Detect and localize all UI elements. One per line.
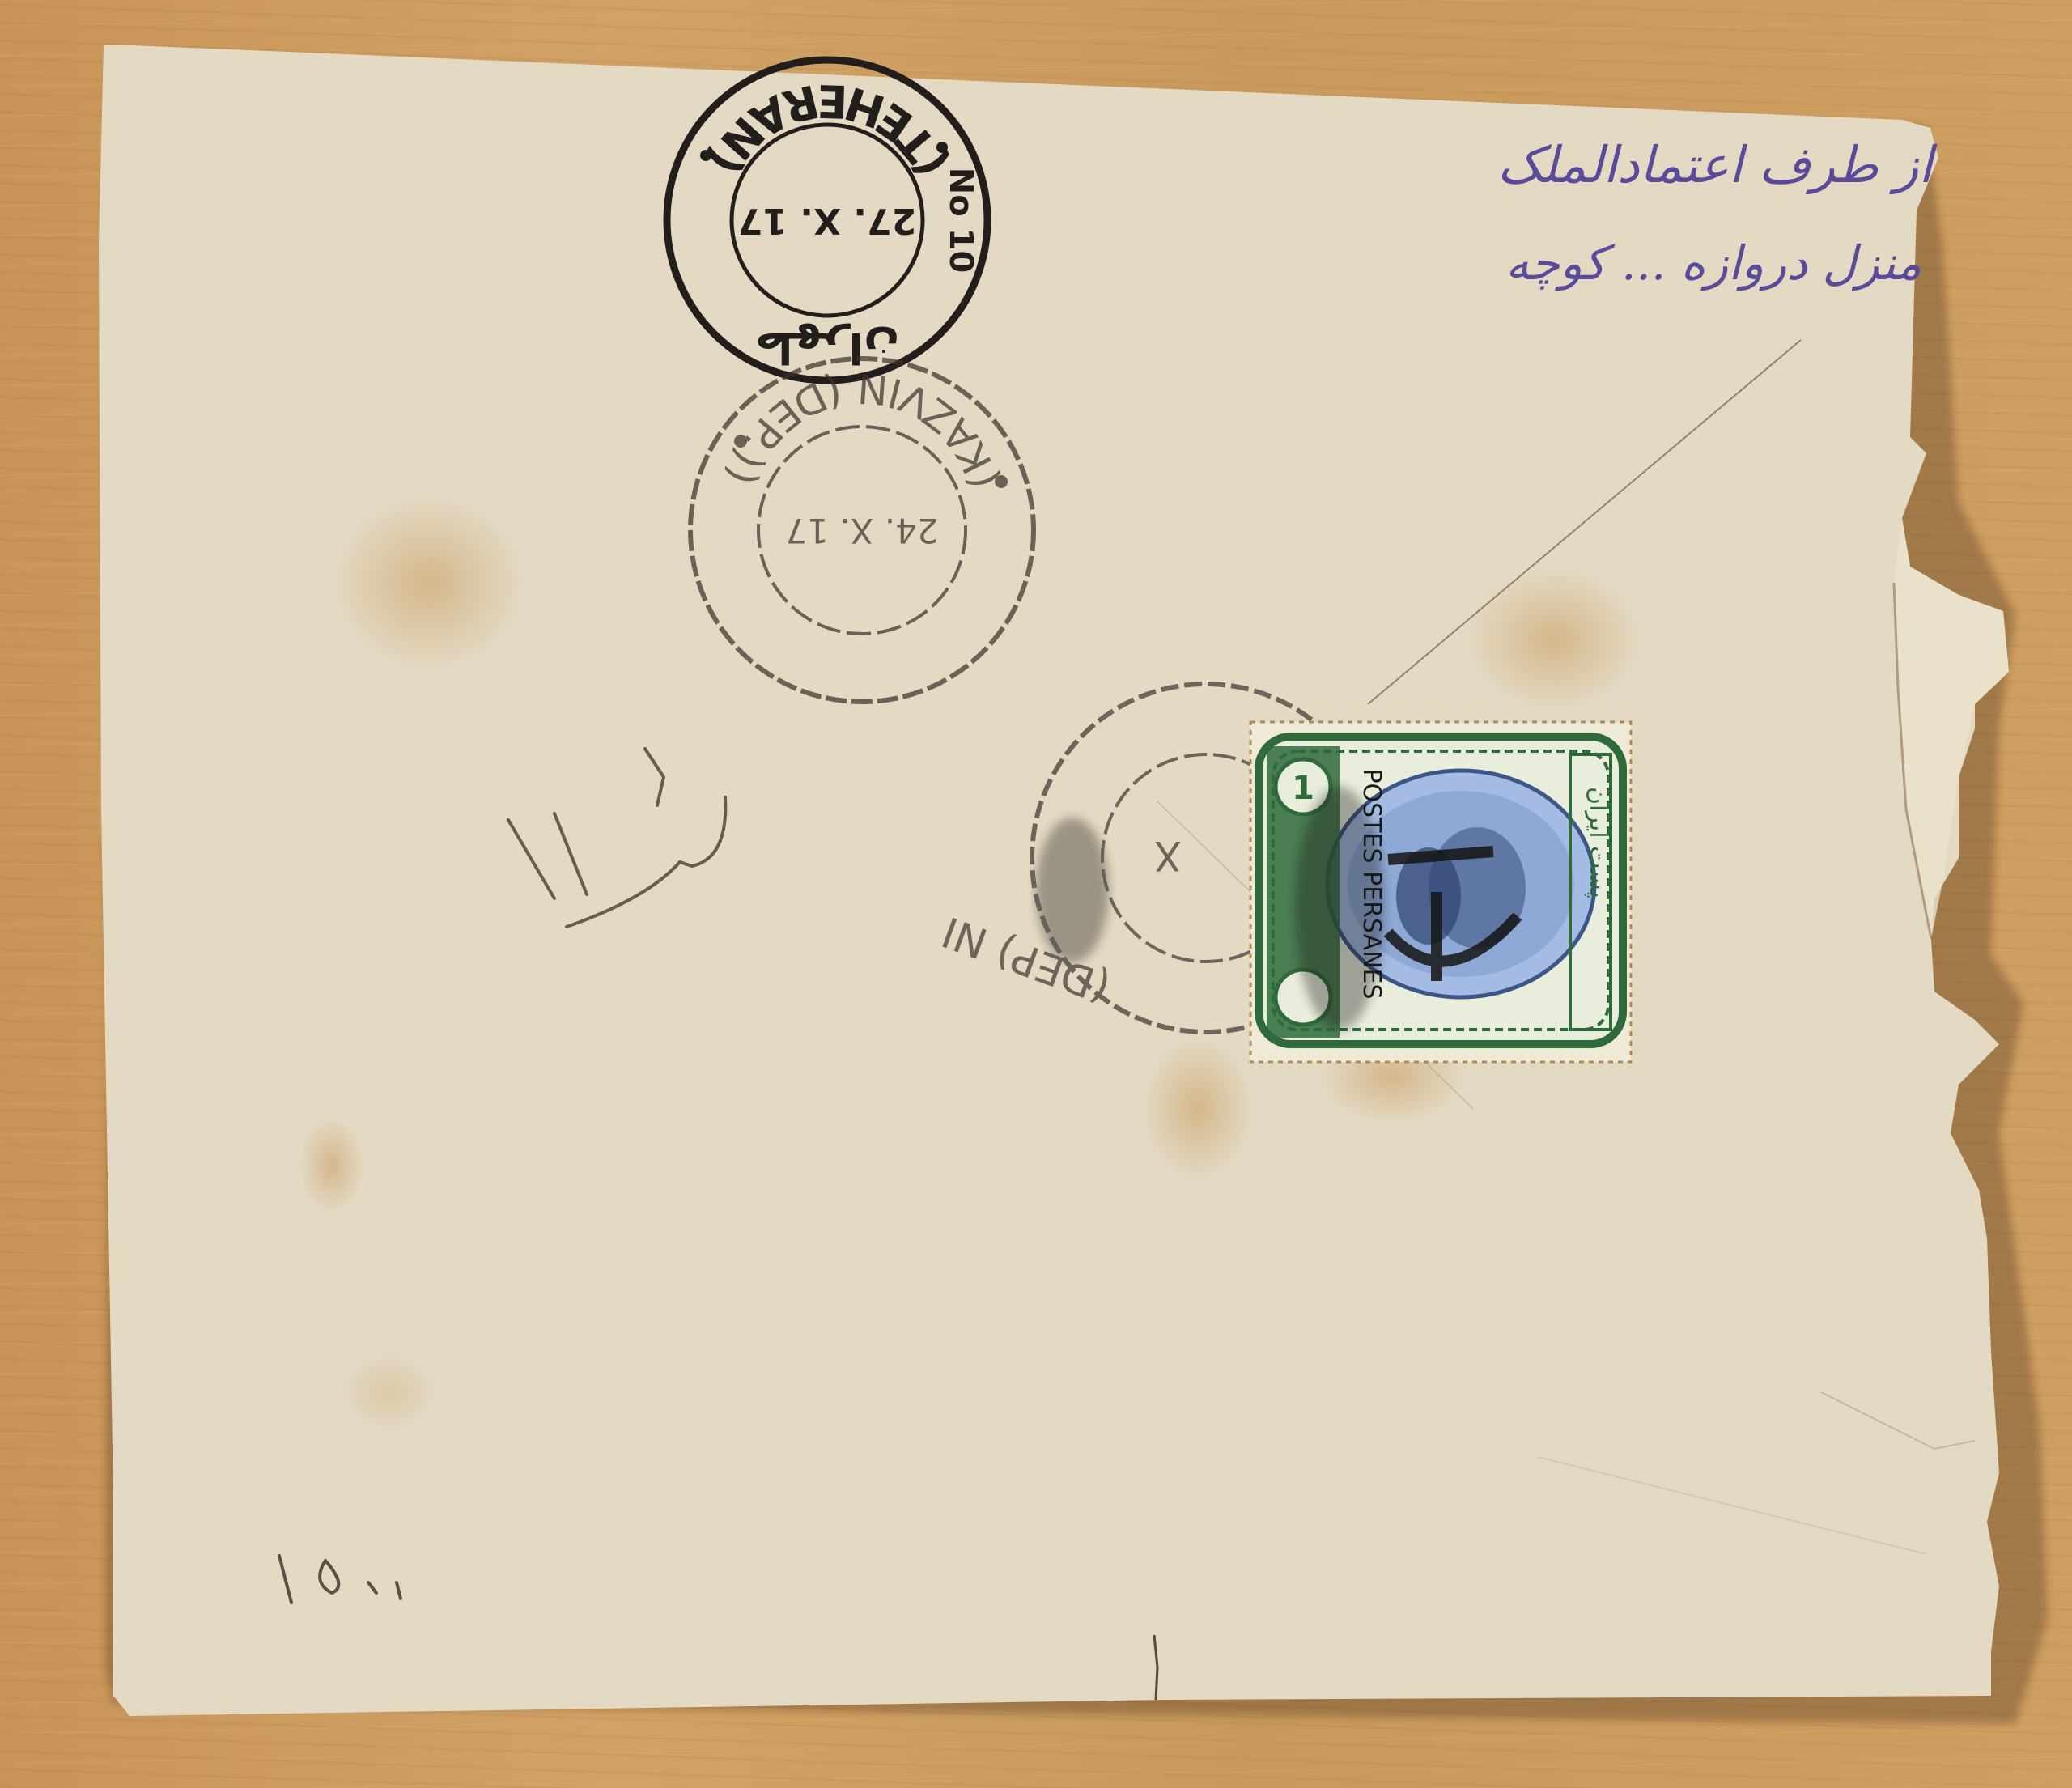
svg-text:از طرف اعتمادالملک: از طرف اعتمادالملک xyxy=(1497,135,1938,195)
stain xyxy=(332,494,526,672)
stain xyxy=(340,1352,437,1433)
svg-text:X: X xyxy=(1154,832,1182,879)
svg-text:No 10: No 10 xyxy=(942,168,979,274)
stamp-value: 1 xyxy=(1292,770,1314,807)
postage-stamp: 1 POSTES PERSANES پست ایران xyxy=(1250,722,1631,1062)
stain xyxy=(299,1117,364,1214)
stain xyxy=(1465,567,1643,712)
envelope-scene: 27. X. 17 (TEHERAN) No 10 طهران 24. X. 1… xyxy=(0,0,2072,1788)
kazvin-date: 24. X. 17 xyxy=(785,511,938,550)
stain xyxy=(1141,1036,1255,1182)
teheran-date: 27. X. 17 xyxy=(738,200,916,241)
svg-text:منزل دروازه ... کوچه: منزل دروازه ... کوچه xyxy=(1505,236,1921,291)
svg-text:پست ایران: پست ایران xyxy=(1584,787,1612,898)
teheran-persian: طهران xyxy=(755,323,899,372)
